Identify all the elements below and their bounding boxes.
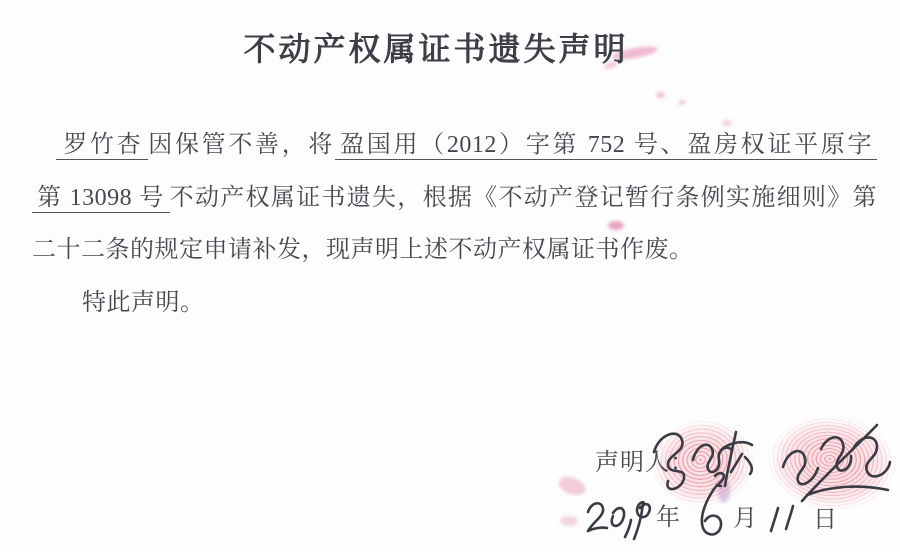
declarant-name-underlined: 罗竹杏 (56, 132, 148, 160)
ink-smudge (678, 100, 686, 105)
body-text-segment: 不动产权属证书遗失，根据《不动产登记暂行条例实施细则》第 (170, 185, 877, 211)
body-text-segment: 因保管不善，将 (148, 132, 335, 158)
declarant-label: 声明人： (595, 442, 695, 477)
handwritten-day (771, 506, 793, 531)
body-line-1: 罗竹杏因保管不善，将盈国用（2012）字第 752 号、盈房权证平原字 (32, 119, 877, 172)
document-title: 不动产权属证书遗失声明 (0, 24, 872, 70)
body-line-3: 二十二条的规定申请补发，现声明上述不动产权属证书作废。 (32, 224, 877, 277)
body-line-2: 第 13098 号不动产权属证书遗失，根据《不动产登记暂行条例实施细则》第 (32, 172, 877, 225)
date-day-suffix: 日 (813, 499, 837, 534)
ink-smudge (556, 474, 588, 499)
declaration-body: 罗竹杏因保管不善，将盈国用（2012）字第 752 号、盈房权证平原字 第 13… (32, 119, 877, 329)
date-year-suffix: 年 (656, 497, 680, 532)
closing-statement: 特此声明。 (82, 290, 205, 316)
certificate-number-underlined-1: 盈国用（2012）字第 752 号、盈房权证平原字 (335, 132, 877, 160)
certificate-number-underlined-2: 第 13098 号 (32, 185, 170, 213)
handwritten-year (588, 502, 650, 539)
ink-smudge (656, 92, 665, 98)
scanned-declaration-document: 不动产权属证书遗失声明 罗竹杏因保管不善，将盈国用（2012）字第 752 号、… (0, 0, 900, 552)
body-line-4: 特此声明。 (32, 277, 877, 330)
ink-smudge (560, 516, 578, 526)
date-month-suffix: 月 (733, 498, 757, 533)
